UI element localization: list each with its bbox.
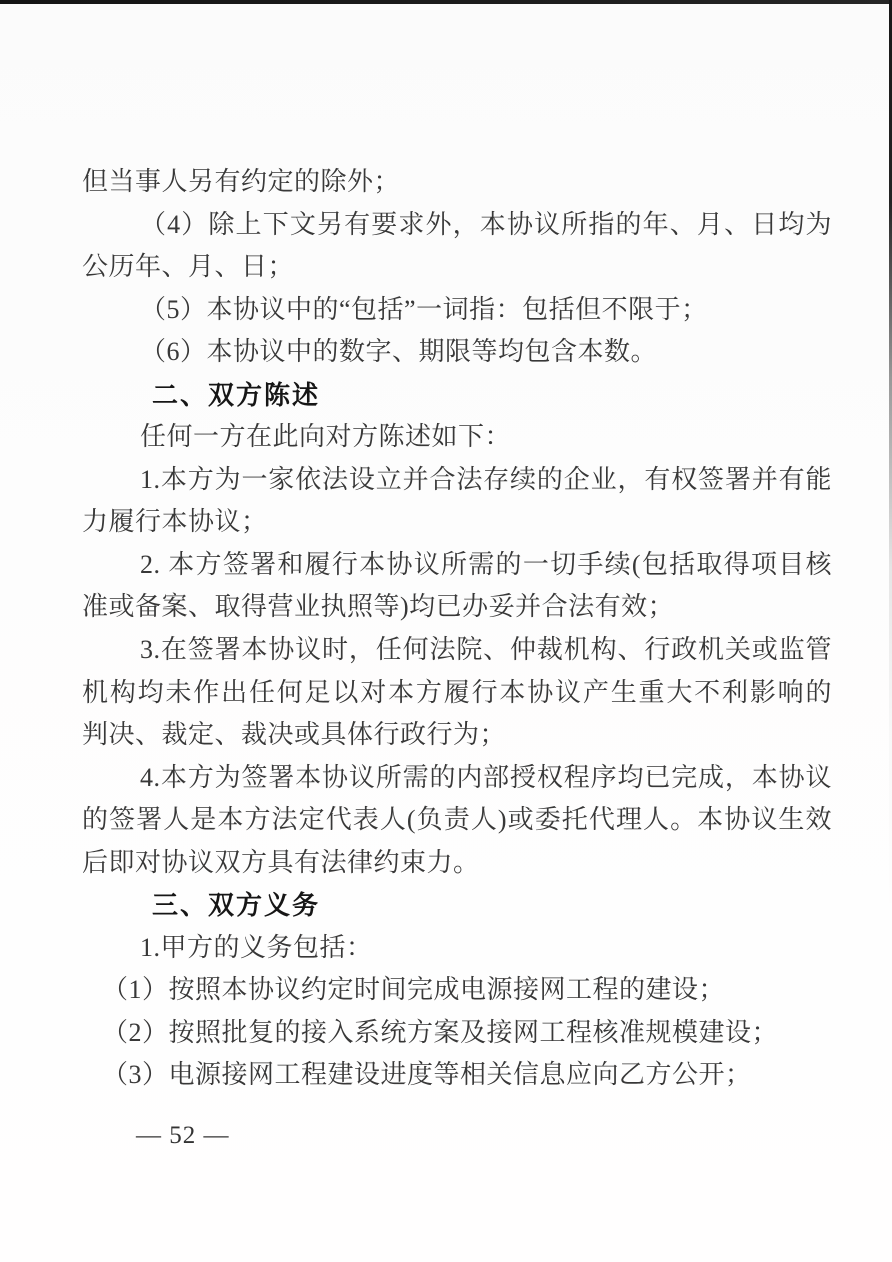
page-number: — 52 — (136, 1118, 230, 1154)
text-line: 准或备案、取得营业执照等)均已办妥并合法有效； (82, 586, 832, 629)
section-heading: 二、双方陈述 (82, 374, 832, 417)
paragraph: （1）按照本协议约定时间完成电源接网工程的建设； (82, 969, 832, 1012)
paragraph: 任何一方在此向对方陈述如下： (82, 416, 832, 459)
paragraph: 2. 本方签署和履行本协议所需的一切手续(包括取得项目核准或备案、取得营业执照等… (82, 544, 832, 629)
text-line: 1.本方为一家依法设立并合法存续的企业，有权签署并有能 (82, 459, 832, 502)
text-line: 后即对协议双方具有法律约束力。 (82, 842, 832, 885)
text-line: 2. 本方签署和履行本协议所需的一切手续(包括取得项目核 (82, 544, 832, 587)
text-line: 任何一方在此向对方陈述如下： (82, 416, 832, 459)
text-line: 二、双方陈述 (82, 374, 832, 417)
text-line: 判决、裁定、裁决或具体行政行为； (82, 714, 832, 757)
text-line: 机构均未作出任何足以对本方履行本协议产生重大不利影响的 (82, 672, 832, 715)
section-heading: 三、双方义务 (82, 884, 832, 927)
text-line: （4）除上下文另有要求外，本协议所指的年、月、日均为 (82, 204, 832, 247)
text-line: 公历年、月、日； (82, 246, 832, 289)
document-content: 但当事人另有约定的除外；（4）除上下文另有要求外，本协议所指的年、月、日均为公历… (82, 161, 832, 1097)
text-line: 4.本方为签署本协议所需的内部授权程序均已完成，本协议 (82, 757, 832, 800)
paragraph: （3）电源接网工程建设进度等相关信息应向乙方公开； (82, 1054, 832, 1097)
text-line: （2）按照批复的接入系统方案及接网工程核准规模建设； (82, 1012, 832, 1055)
paragraph: 3.在签署本协议时，任何法院、仲裁机构、行政机关或监管机构均未作出任何足以对本方… (82, 629, 832, 757)
text-line: 力履行本协议； (82, 501, 832, 544)
scan-edge-top (0, 0, 892, 4)
text-line: 三、双方义务 (82, 884, 832, 927)
text-line: 的签署人是本方法定代表人(负责人)或委托代理人。本协议生效 (82, 799, 832, 842)
text-line: （6）本协议中的数字、期限等均包含本数。 (82, 331, 832, 374)
text-line: 但当事人另有约定的除外； (82, 161, 832, 204)
paragraph: （4）除上下文另有要求外，本协议所指的年、月、日均为公历年、月、日； (82, 204, 832, 289)
paragraph: （2）按照批复的接入系统方案及接网工程核准规模建设； (82, 1012, 832, 1055)
text-line: 3.在签署本协议时，任何法院、仲裁机构、行政机关或监管 (82, 629, 832, 672)
text-line: 1.甲方的义务包括： (82, 927, 832, 970)
paragraph: （6）本协议中的数字、期限等均包含本数。 (82, 331, 832, 374)
text-line: （5）本协议中的“包括”一词指：包括但不限于； (82, 289, 832, 332)
text-line: （1）按照本协议约定时间完成电源接网工程的建设； (82, 969, 832, 1012)
document-page: 但当事人另有约定的除外；（4）除上下文另有要求外，本协议所指的年、月、日均为公历… (0, 0, 892, 1262)
paragraph: 但当事人另有约定的除外； (82, 161, 832, 204)
paragraph: 4.本方为签署本协议所需的内部授权程序均已完成，本协议的签署人是本方法定代表人(… (82, 757, 832, 885)
paragraph: 1.本方为一家依法设立并合法存续的企业，有权签署并有能力履行本协议； (82, 459, 832, 544)
text-line: （3）电源接网工程建设进度等相关信息应向乙方公开； (82, 1054, 832, 1097)
paragraph: 1.甲方的义务包括： (82, 927, 832, 970)
paragraph: （5）本协议中的“包括”一词指：包括但不限于； (82, 289, 832, 332)
